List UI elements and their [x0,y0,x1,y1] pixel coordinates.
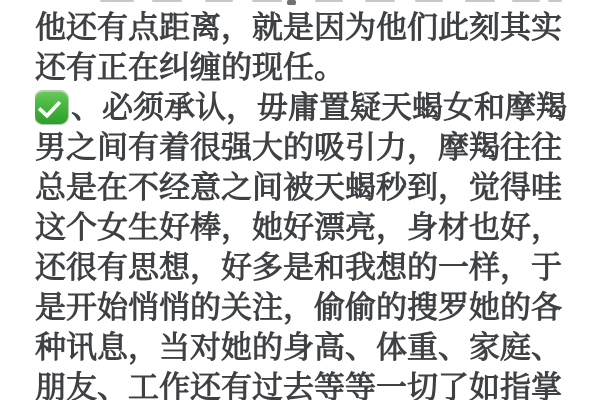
stroke-fragment [548,0,562,2]
stroke-fragment [287,0,296,5]
white-check-mark-icon [35,91,68,124]
previous-line-cutoff-fragments [0,0,600,6]
stroke-fragment [415,0,443,2]
text-line: 朋友、工作还有过去等等一切了如指掌 [35,368,600,400]
text-line: 还很有思想，好多是和我想的一样，于 [35,248,600,288]
article-page: 他还有点距离，就是因为他们此刻其实 还有正在纠缠的现任。 、必须承认，毋庸置疑天… [0,0,600,400]
stroke-fragment [252,0,282,2]
text-line: 还有正在纠缠的现任。 [35,48,600,88]
article-text: 他还有点距离，就是因为他们此刻其实 还有正在纠缠的现任。 、必须承认，毋庸置疑天… [0,8,600,400]
text-line-with-check-bullet: 、必须承认，毋庸置疑天蝎女和摩羯 [35,88,600,128]
stroke-fragment [512,0,540,2]
stroke-fragment [205,0,233,2]
text-line: 这个女生好棒，她好漂亮，身材也好， [35,208,600,248]
stroke-fragment [315,0,343,2]
stroke-fragment [365,0,395,2]
text-line: 、必须承认，毋庸置疑天蝎女和摩羯 [71,90,567,125]
text-line: 男之间有着很强大的吸引力，摩羯往往 [35,128,600,168]
stroke-fragment [465,0,495,2]
text-line: 他还有点距离，就是因为他们此刻其实 [35,8,600,48]
stroke-fragment [100,0,134,2]
text-line: 总是在不经意之间被天蝎秒到，觉得哇 [35,168,600,208]
check-tick-shape [38,94,62,118]
stroke-fragment [152,0,182,2]
text-line: 是开始悄悄的关注，偷偷的搜罗她的各 [35,288,600,328]
text-line: 种讯息，当对她的身高、体重、家庭、 [35,328,600,368]
